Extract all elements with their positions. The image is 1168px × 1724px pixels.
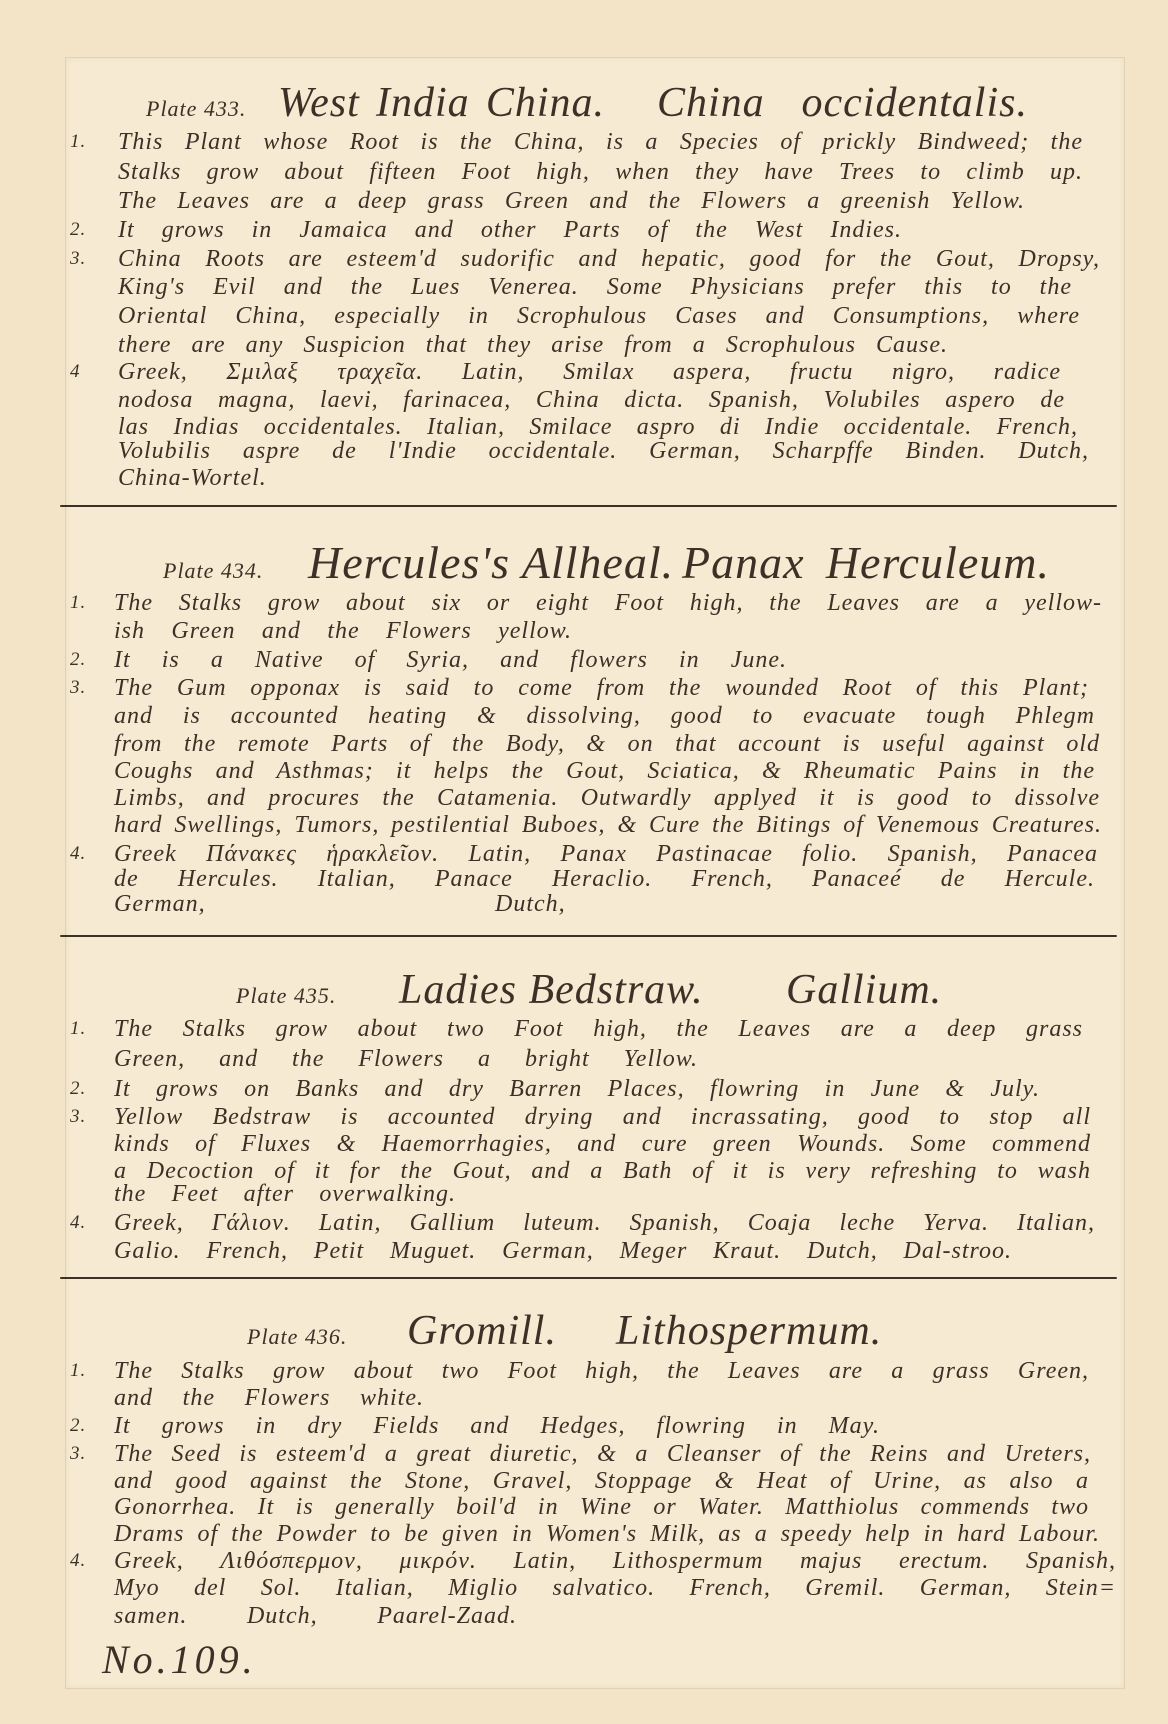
entry-number: 1.	[70, 1015, 86, 1043]
text-line: Limbs, and procures the Catamenia. Outwa…	[114, 784, 1100, 812]
latin-name-title: Panax Herculeum.	[682, 540, 1050, 586]
text-line: and is accounted heating & dissolving, g…	[114, 702, 1095, 730]
text-line: The Stalks grow about two Foot high, the…	[114, 1357, 1089, 1385]
plate-label: Plate 436.	[247, 1326, 407, 1348]
text-line: It grows on Banks and dry Barren Places,…	[114, 1075, 1040, 1103]
text-line: Greek, Σμιλαξ τραχεῖα. Latin, Smilax asp…	[118, 358, 1061, 386]
text-line: Volubilis aspre de l'Indie occidentale. …	[118, 437, 1089, 465]
text-line: Green, and the Flowers a bright Yellow.	[114, 1045, 698, 1073]
text-line: It is a Native of Syria, and flowers in …	[114, 646, 787, 674]
plate-label: Plate 433.	[146, 98, 278, 120]
entry-number: 1.	[70, 128, 86, 156]
text-line: Drams of the Powder to be given in Women…	[114, 1520, 1100, 1548]
latin-name-title: Gallium.	[786, 969, 957, 1011]
entry-number: 2.	[70, 216, 86, 244]
entry-number: 4.	[70, 1209, 86, 1237]
plate-title-row: Plate 436. Gromill. Lithospermum.	[247, 1310, 918, 1352]
text-line: China Roots are esteem'd sudorific and h…	[118, 245, 1100, 273]
page-number: No.109.	[102, 1640, 257, 1680]
entry-number: 4	[70, 358, 81, 386]
text-line: from the remote Parts of the Body, & on …	[114, 730, 1100, 758]
text-line: Oriental China, especially in Scrophulou…	[118, 302, 1080, 330]
entry-number: 1.	[70, 589, 86, 617]
text-line: and good against the Stone, Gravel, Stop…	[114, 1467, 1089, 1495]
entry-number: 3.	[70, 1103, 86, 1131]
dutch-name-label: Dutch,	[495, 890, 566, 918]
text-line: samen. Dutch, Paarel-Zaad.	[114, 1602, 517, 1630]
plate-title-row: Plate 434. Hercules's Allheal. Panax Her…	[163, 540, 1050, 586]
latin-name-title: China occidentalis.	[657, 82, 1028, 124]
text-line: Yellow Bedstraw is accounted drying and …	[114, 1103, 1091, 1131]
text-line: Greek, Γάλιον. Latin, Gallium luteum. Sp…	[114, 1209, 1095, 1237]
entry-number: 2.	[70, 1412, 86, 1440]
text-line: The Seed is esteem'd a great diuretic, &…	[114, 1440, 1091, 1468]
entry-number: 3.	[70, 674, 86, 702]
text-line: It grows in dry Fields and Hedges, flowr…	[114, 1412, 880, 1440]
entry-number: 3.	[70, 245, 86, 273]
text-line: Greek Πάνακες ἡρακλεῖον. Latin, Panax Pa…	[114, 840, 1098, 868]
text-line: Gonorrhea. It is generally boil'd in Win…	[114, 1493, 1089, 1521]
section-divider	[60, 1277, 1117, 1279]
latin-name-title: Lithospermum.	[616, 1310, 918, 1352]
text-line: Coughs and Asthmas; it helps the Gout, S…	[114, 757, 1095, 785]
entry-number: 4.	[70, 1547, 86, 1575]
common-name-title: Gromill.	[407, 1310, 550, 1352]
text-line: Galio. French, Petit Muguet. German, Meg…	[114, 1237, 1012, 1265]
plate-label: Plate 435.	[236, 985, 399, 1007]
text-line: The Stalks grow about two Foot high, the…	[114, 1015, 1083, 1043]
section-divider	[60, 935, 1117, 937]
text-line: Myo del Sol. Italian, Miglio salvatico. …	[114, 1574, 1116, 1602]
common-name-title: Ladies Bedstraw.	[399, 969, 682, 1011]
common-name-title: Hercules's Allheal.	[308, 540, 671, 586]
entry-number: 1.	[70, 1357, 86, 1385]
text-line: nodosa magna, laevi, farinacea, China di…	[118, 386, 1065, 414]
text-line: The Stalks grow about six or eight Foot …	[114, 589, 1102, 617]
text-line: hard Swellings, Tumors, pestilential Bub…	[114, 811, 1102, 839]
text-line: King's Evil and the Lues Venerea. Some P…	[118, 273, 1072, 301]
entry-number: 2.	[70, 646, 86, 674]
entry-number: 4.	[70, 840, 86, 868]
text-line: and the Flowers white.	[114, 1384, 424, 1412]
text-line: This Plant whose Root is the China, is a…	[118, 128, 1083, 156]
text-line: The Leaves are a deep grass Green and th…	[118, 187, 1025, 215]
plate-label: Plate 434.	[163, 560, 308, 582]
entry-number: 2.	[70, 1075, 86, 1103]
plate-title-row: Plate 435. Ladies Bedstraw. Gallium.	[236, 969, 957, 1011]
text-line: de Hercules. Italian, Panace Heraclio. F…	[114, 865, 1095, 893]
text-line: The Gum opponax is said to come from the…	[114, 674, 1089, 702]
text-line: kinds of Fluxes & Haemorrhagies, and cur…	[114, 1130, 1091, 1158]
text-line: China-Wortel.	[118, 464, 267, 492]
german-name-label: German,	[114, 890, 206, 918]
text-line: there are any Suspicion that they arise …	[118, 331, 948, 359]
text-line: ish Green and the Flowers yellow.	[114, 617, 572, 645]
text-line: the Feet after overwalking.	[114, 1180, 456, 1208]
text-line: It grows in Jamaica and other Parts of t…	[118, 216, 902, 244]
section-divider	[60, 505, 1117, 507]
common-name-title: West India China.	[278, 82, 605, 124]
plate-title-row: Plate 433. West India China. China occid…	[146, 82, 1028, 124]
text-line: Greek, Λιθόσπερμον, μικρόν. Latin, Litho…	[114, 1547, 1116, 1575]
entry-number: 3.	[70, 1440, 86, 1468]
text-line: Stalks grow about fifteen Foot high, whe…	[118, 158, 1083, 186]
